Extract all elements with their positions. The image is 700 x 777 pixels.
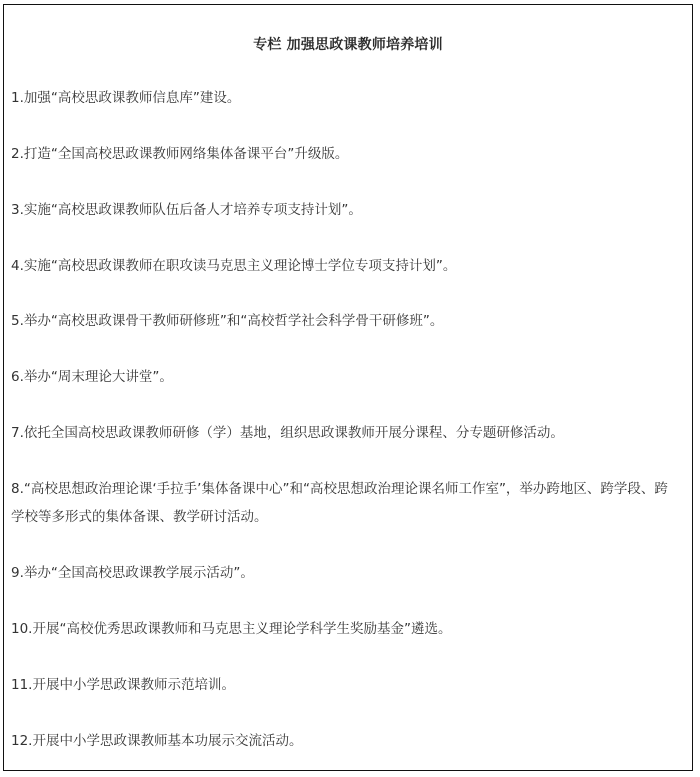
list-item-5: 5.举办“高校思政课骨干教师研修班”和“高校哲学社会科学骨干研修班”。 <box>11 307 678 335</box>
list-item-12: 12.开展中小学思政课教师基本功展示交流活动。 <box>11 727 678 755</box>
list-item-7: 7.依托全国高校思政课教师研修（学）基地，组织思政课教师开展分课程、分专题研修活… <box>11 419 678 447</box>
list-item-4: 4.实施“高校思政课教师在职攻读马克思主义理论博士学位专项支持计划”。 <box>11 252 678 280</box>
list-item-10: 10.开展“高校优秀思政课教师和马克思主义理论学科学生奖励基金”遴选。 <box>11 615 678 643</box>
list-item-3: 3.实施“高校思政课教师队伍后备人才培养专项支持计划”。 <box>11 196 678 224</box>
list-item-6: 6.举办“周末理论大讲堂”。 <box>11 363 678 391</box>
column-title: 专栏 加强思政课教师培养培训 <box>4 35 692 55</box>
list-item-2: 2.打造“全国高校思政课教师网络集体备课平台”升级版。 <box>11 140 678 168</box>
list-item-11: 11.开展中小学思政课教师示范培训。 <box>11 671 678 699</box>
list-item-1: 1.加强“高校思政课教师信息库”建设。 <box>11 84 678 112</box>
list-item-8: 8.“高校思想政治理论课‘手拉手’集体备课中心”和“高校思想政治理论课名师工作室… <box>11 475 678 531</box>
list-item-9: 9.举办“全国高校思政课教学展示活动”。 <box>11 559 678 587</box>
column-box: 专栏 加强思政课教师培养培训 1.加强“高校思政课教师信息库”建设。 2.打造“… <box>3 4 693 771</box>
